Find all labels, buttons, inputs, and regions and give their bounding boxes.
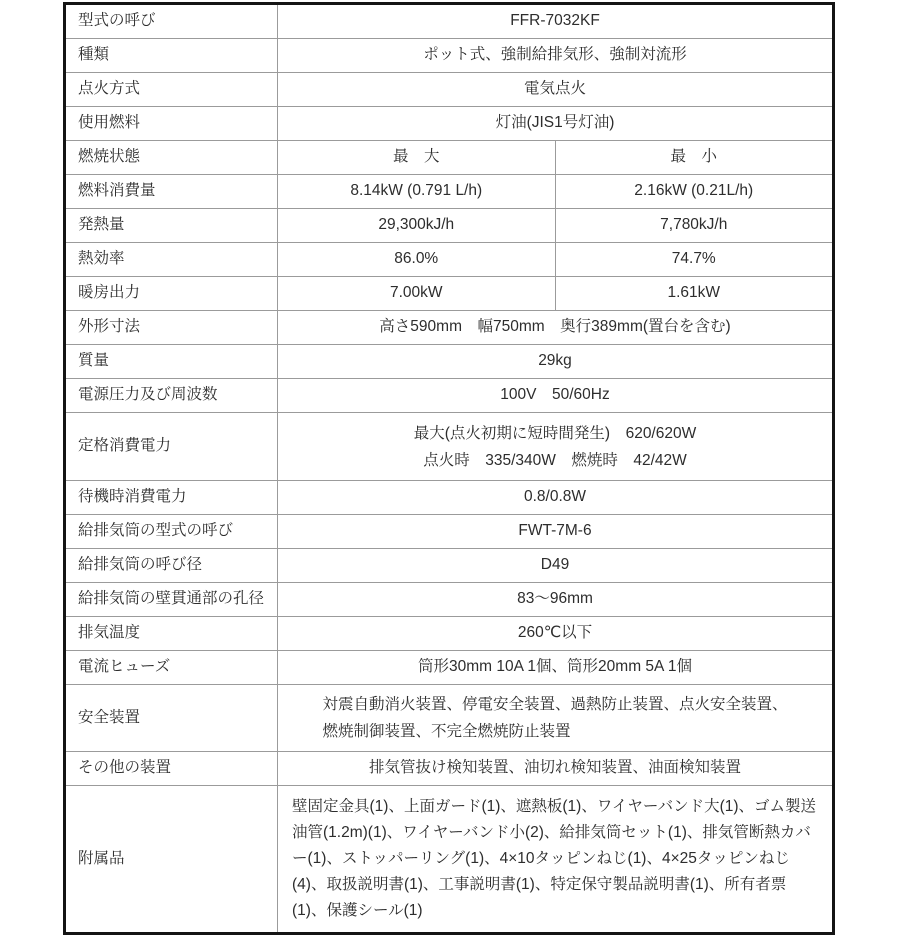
spec-value: ポット式、強制給排気形、強制対流形: [278, 39, 832, 72]
row-rated-power-consumption: 定格消費電力 最大(点火初期に短時間発生) 620/620W 点火時 335/3…: [66, 413, 832, 481]
spec-label: 給排気筒の壁貫通部の孔径: [66, 583, 278, 616]
row-dimensions: 外形寸法 高さ590mm 幅750mm 奥行389mm(置台を含む): [66, 311, 832, 345]
spec-label: 質量: [66, 345, 278, 378]
spec-label: 待機時消費電力: [66, 481, 278, 514]
spec-value-min: 最 小: [556, 141, 833, 174]
spec-value: 筒形30mm 10A 1個、筒形20mm 5A 1個: [278, 651, 832, 684]
row-thermal-efficiency: 熱効率 86.0% 74.7%: [66, 243, 832, 277]
spec-value: 電気点火: [278, 73, 832, 106]
spec-value: 高さ590mm 幅750mm 奥行389mm(置台を含む): [278, 311, 832, 344]
row-flue-pipe-model: 給排気筒の型式の呼び FWT-7M-6: [66, 515, 832, 549]
spec-label: 種類: [66, 39, 278, 72]
spec-value-max: 8.14kW (0.791 L/h): [278, 175, 556, 208]
safety-devices-text: 対震自動消火装置、停電安全装置、過熱防止装置、点火安全装置、 燃焼制御装置、不完…: [322, 691, 787, 745]
spec-label: 附属品: [66, 786, 278, 932]
row-combustion-state: 燃焼状態 最 大 最 小: [66, 141, 832, 175]
spec-value-line1: 最大(点火初期に短時間発生) 620/620W: [414, 420, 696, 447]
spec-value-min: 2.16kW (0.21L/h): [556, 175, 833, 208]
spec-value-min: 1.61kW: [556, 277, 833, 310]
row-current-fuse: 電流ヒューズ 筒形30mm 10A 1個、筒形20mm 5A 1個: [66, 651, 832, 685]
row-other-devices: その他の装置 排気管抜け検知装置、油切れ検知装置、油面検知装置: [66, 752, 832, 786]
spec-value: 対震自動消火装置、停電安全装置、過熱防止装置、点火安全装置、 燃焼制御装置、不完…: [278, 685, 832, 751]
spec-value: 排気管抜け検知装置、油切れ検知装置、油面検知装置: [278, 752, 832, 785]
spec-label: 使用燃料: [66, 107, 278, 140]
spec-label: 燃焼状態: [66, 141, 278, 174]
row-heating-output: 暖房出力 7.00kW 1.61kW: [66, 277, 832, 311]
row-wall-hole-diameter: 給排気筒の壁貫通部の孔径 83～96mm: [66, 583, 832, 617]
spec-label: 熱効率: [66, 243, 278, 276]
spec-label: 電流ヒューズ: [66, 651, 278, 684]
spec-label: 排気温度: [66, 617, 278, 650]
row-fuel: 使用燃料 灯油(JIS1号灯油): [66, 107, 832, 141]
spec-value: 29kg: [278, 345, 832, 378]
row-safety-devices: 安全装置 対震自動消火装置、停電安全装置、過熱防止装置、点火安全装置、 燃焼制御…: [66, 685, 832, 752]
spec-label: 暖房出力: [66, 277, 278, 310]
spec-value: 0.8/0.8W: [278, 481, 832, 514]
row-standby-power-consumption: 待機時消費電力 0.8/0.8W: [66, 481, 832, 515]
spec-label: 燃料消費量: [66, 175, 278, 208]
spec-value: 100V 50/60Hz: [278, 379, 832, 412]
row-type: 種類 ポット式、強制給排気形、強制対流形: [66, 39, 832, 73]
spec-value: FFR-7032KF: [278, 5, 832, 38]
spec-label: 安全装置: [66, 685, 278, 751]
spec-value: FWT-7M-6: [278, 515, 832, 548]
spec-label: 発熱量: [66, 209, 278, 242]
spec-label: 点火方式: [66, 73, 278, 106]
row-accessories: 附属品 壁固定金具(1)、上面ガード(1)、遮熱板(1)、ワイヤーバンド大(1)…: [66, 786, 832, 932]
spec-value: 壁固定金具(1)、上面ガード(1)、遮熱板(1)、ワイヤーバンド大(1)、ゴム製…: [278, 786, 832, 932]
spec-value-max: 7.00kW: [278, 277, 556, 310]
spec-label: 給排気筒の型式の呼び: [66, 515, 278, 548]
row-exhaust-temperature: 排気温度 260℃以下: [66, 617, 832, 651]
spec-label: 給排気筒の呼び径: [66, 549, 278, 582]
row-calorific-value: 発熱量 29,300kJ/h 7,780kJ/h: [66, 209, 832, 243]
spec-label: 電源圧力及び周波数: [66, 379, 278, 412]
spec-label: 型式の呼び: [66, 5, 278, 38]
row-power-voltage-frequency: 電源圧力及び周波数 100V 50/60Hz: [66, 379, 832, 413]
spec-value-max: 最 大: [278, 141, 556, 174]
spec-value: 灯油(JIS1号灯油): [278, 107, 832, 140]
spec-value: 83～96mm: [278, 583, 832, 616]
spec-value: D49: [278, 549, 832, 582]
row-weight: 質量 29kg: [66, 345, 832, 379]
spec-label: 定格消費電力: [66, 413, 278, 480]
row-fuel-consumption: 燃料消費量 8.14kW (0.791 L/h) 2.16kW (0.21L/h…: [66, 175, 832, 209]
spec-value: 260℃以下: [278, 617, 832, 650]
product-spec-table: 型式の呼び FFR-7032KF 種類 ポット式、強制給排気形、強制対流形 点火…: [63, 2, 835, 935]
spec-value-max: 86.0%: [278, 243, 556, 276]
row-flue-pipe-diameter: 給排気筒の呼び径 D49: [66, 549, 832, 583]
spec-value-min: 7,780kJ/h: [556, 209, 833, 242]
spec-value: 最大(点火初期に短時間発生) 620/620W 点火時 335/340W 燃焼時…: [278, 413, 832, 480]
spec-value-line2: 燃焼制御装置、不完全燃焼防止装置: [322, 718, 787, 745]
spec-value-line1: 対震自動消火装置、停電安全装置、過熱防止装置、点火安全装置、: [322, 691, 787, 718]
row-ignition-method: 点火方式 電気点火: [66, 73, 832, 107]
spec-label: その他の装置: [66, 752, 278, 785]
spec-value-line2: 点火時 335/340W 燃焼時 42/42W: [423, 447, 687, 474]
spec-value-min: 74.7%: [556, 243, 833, 276]
row-model-designation: 型式の呼び FFR-7032KF: [66, 5, 832, 39]
spec-label: 外形寸法: [66, 311, 278, 344]
spec-value-max: 29,300kJ/h: [278, 209, 556, 242]
